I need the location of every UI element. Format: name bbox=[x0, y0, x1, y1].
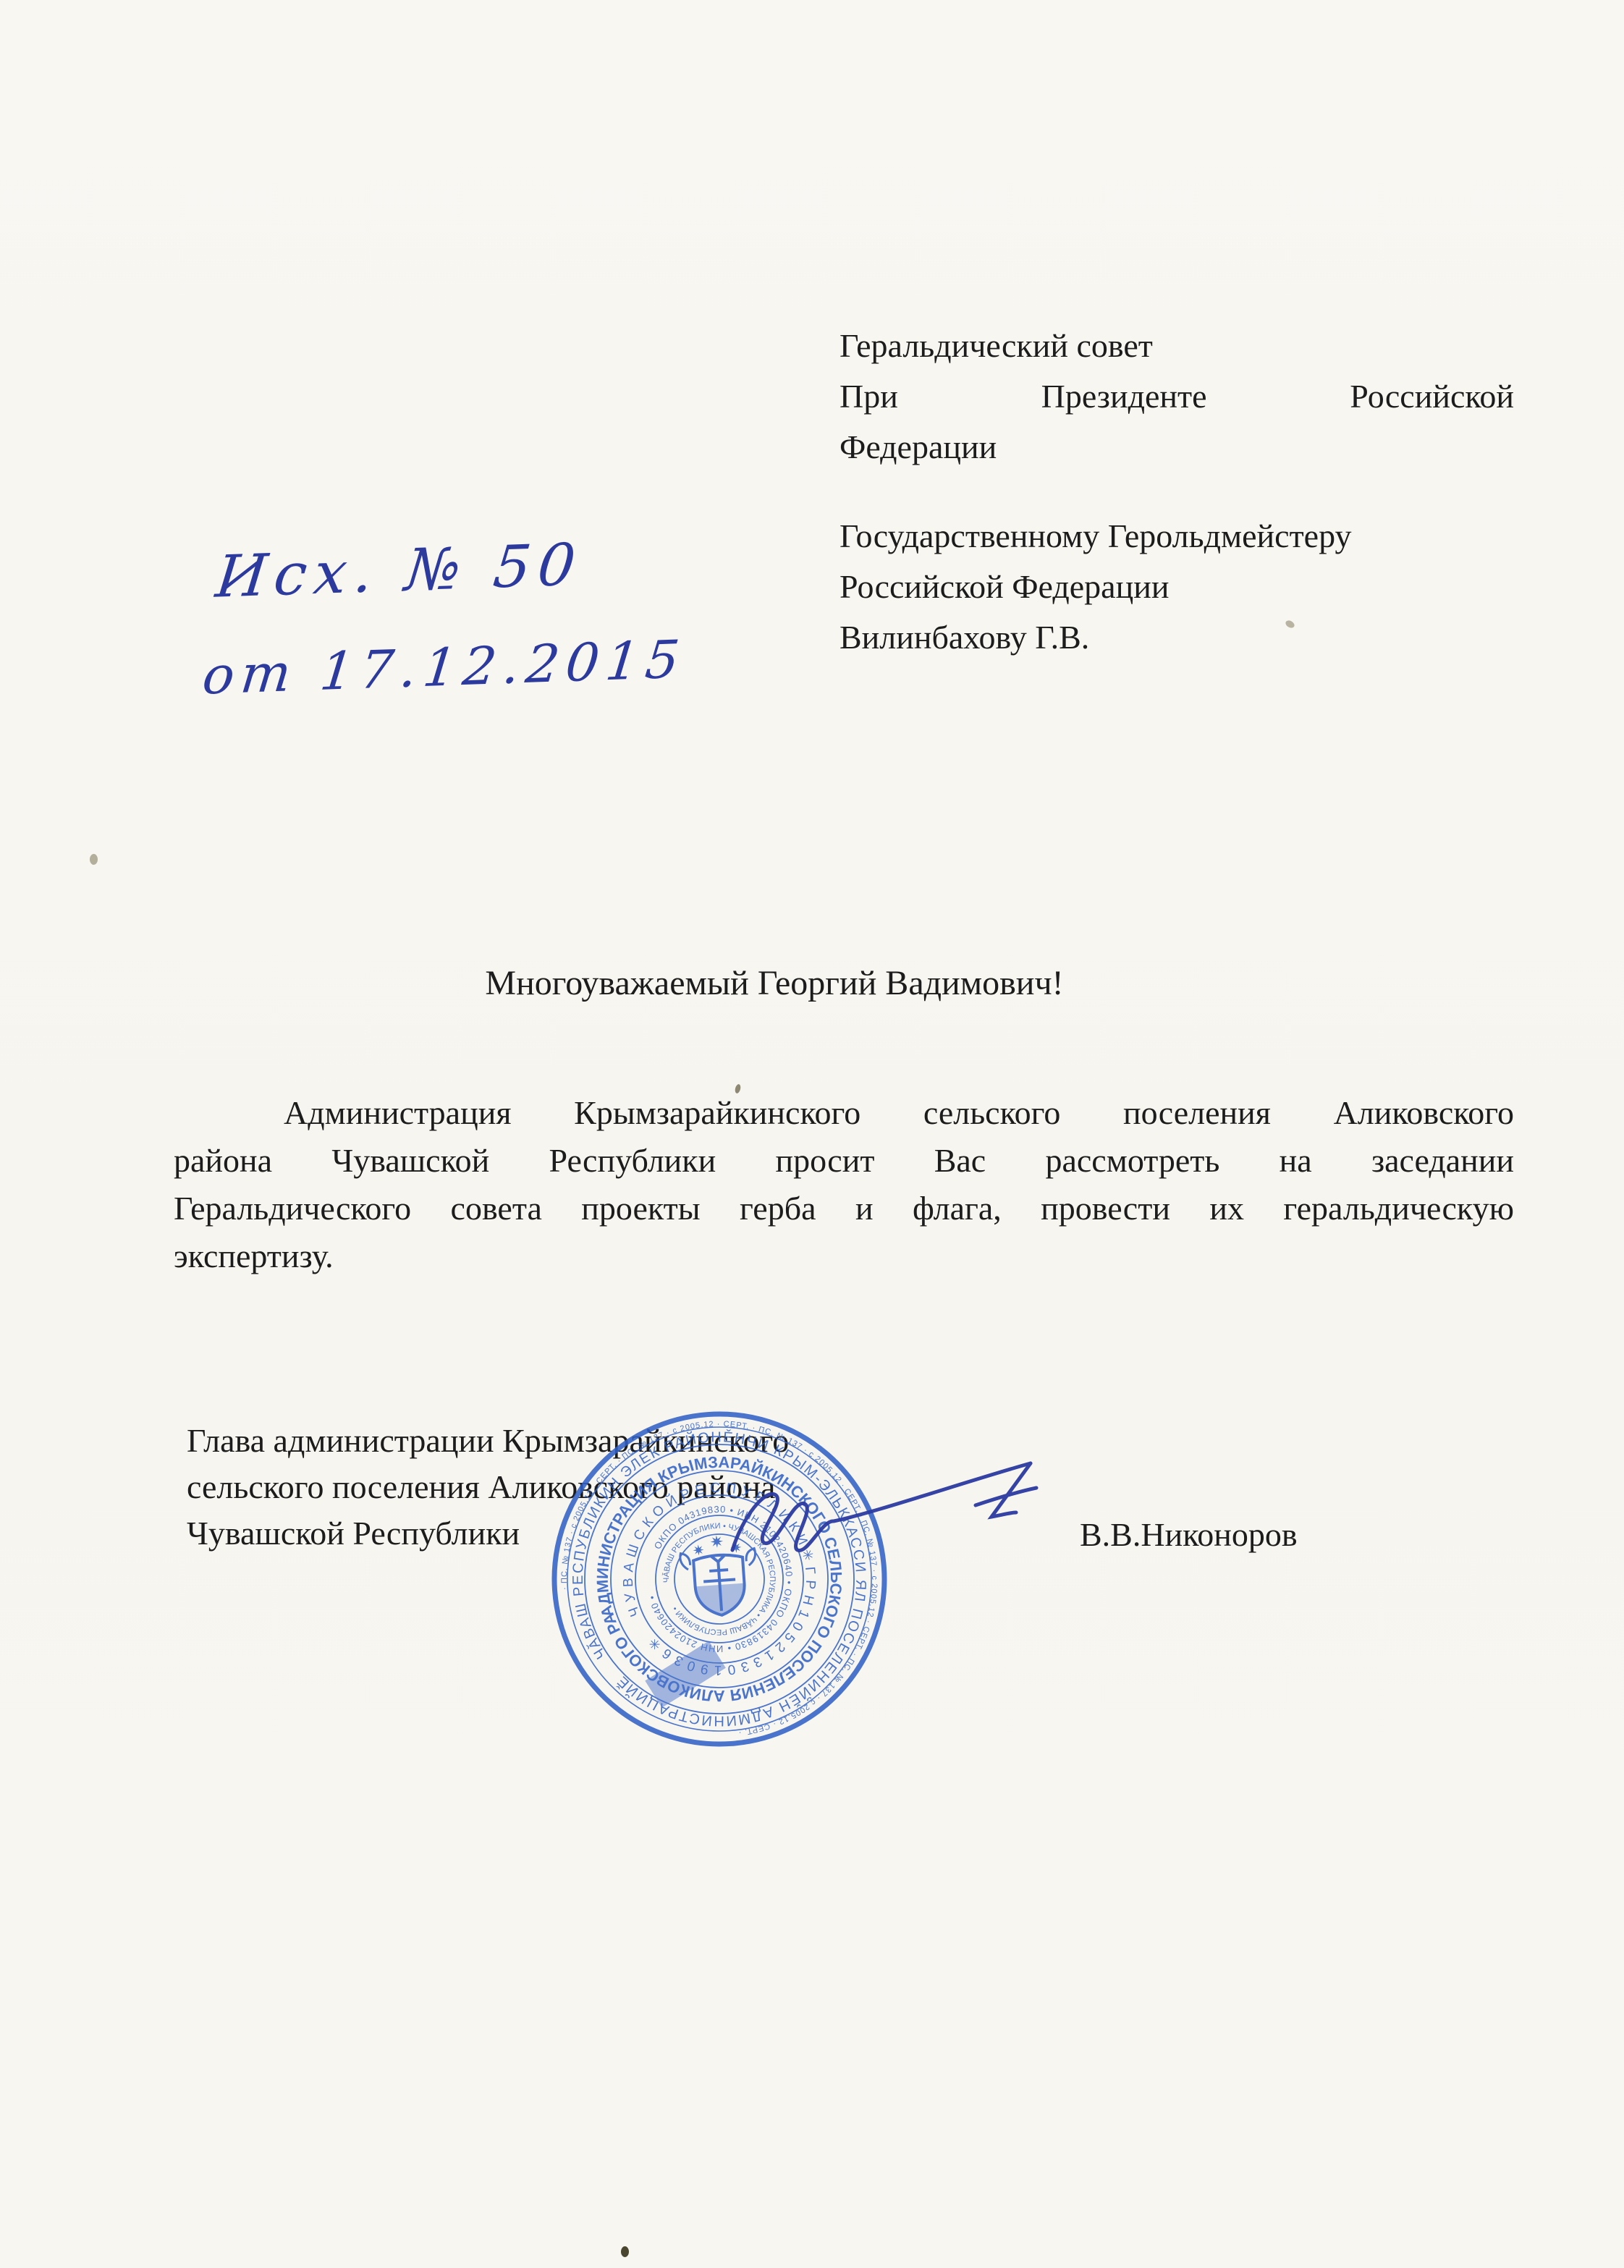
handwritten-outgoing-number: Исх. № 50 bbox=[213, 530, 585, 611]
scan-speck bbox=[90, 854, 98, 865]
recipient-org-line-2: При Президенте Российской bbox=[840, 373, 1514, 423]
salutation: Многоуважаемый Георгий Вадимович! bbox=[195, 960, 1353, 1007]
body-line-2: района Чувашской Республики просит Вас р… bbox=[174, 1137, 1514, 1185]
tree-of-life-branch-lower bbox=[703, 1579, 735, 1581]
handwritten-date: от 17.12.2015 bbox=[200, 628, 688, 706]
signature-scribble bbox=[732, 1463, 1031, 1551]
recipient-org-line-1: Геральдический совет bbox=[840, 322, 1514, 373]
body-line-4: экспертизу. bbox=[174, 1232, 1514, 1280]
signature-ink bbox=[709, 1440, 1115, 1570]
recipient-person-line-1: Государственному Герольдмейстеру bbox=[840, 512, 1514, 563]
recipient-person-line-3: Вилинбахову Г.В. bbox=[840, 614, 1514, 664]
recipient-org-line-3: Федерации bbox=[840, 423, 1514, 474]
signature-crossbar bbox=[976, 1488, 1036, 1505]
body-line-1: Администрация Крымзарайкинского сельског… bbox=[174, 1089, 1514, 1137]
body-line-3: Геральдического совета проекты герба и ф… bbox=[174, 1185, 1514, 1232]
eight-point-star-icon bbox=[693, 1544, 704, 1556]
recipient-org-block: Геральдический совет При Президенте Росс… bbox=[840, 322, 1514, 474]
recipient-person-block: Государственному Герольдмейстеру Российс… bbox=[840, 512, 1514, 664]
body-paragraph: Администрация Крымзарайкинского сельског… bbox=[174, 1089, 1514, 1280]
scan-speck bbox=[621, 2246, 629, 2257]
recipient-person-line-2: Российской Федерации bbox=[840, 563, 1514, 614]
letter-page: Геральдический совет При Президенте Росс… bbox=[0, 0, 1624, 2268]
